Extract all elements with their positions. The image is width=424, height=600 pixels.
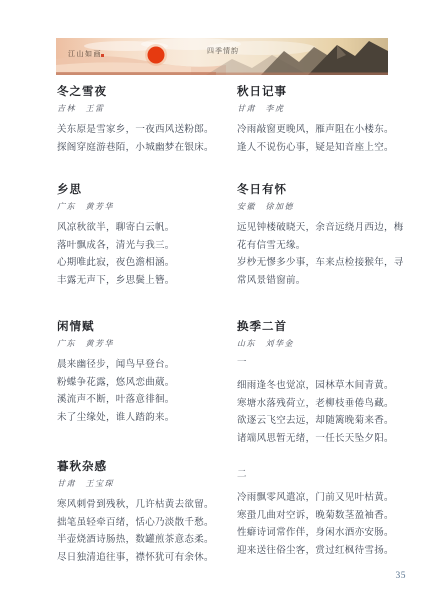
poem-body: 冷雨敲窗更晚风，雁声阻在小楼东。 逢人不说伤心事，疑是知音座上空。 xyxy=(237,122,399,157)
section-number: 二 xyxy=(237,468,399,482)
poem-idle-mood: 闲情赋 广东 黄芳华 晨来幽径步，闻鸟早登台。 粉蝶争花露，悠风恋曲葳。 溪流声… xyxy=(57,321,219,427)
poem-line: 迎来送往俗尘客，赏过红枫待雪扬。 xyxy=(237,543,399,561)
book-page: 江山如画 四季情韵 冬之雪夜 吉林 王雷 关东原是雪家乡，一夜西风送粉郎。 探阁… xyxy=(0,0,424,600)
poem-line: 风凉秋欲半，聊寄白云帆。 xyxy=(57,220,219,238)
poem-author: 甘肃 王宝琛 xyxy=(57,479,219,489)
poem-line: 寒蛩几曲对空诉，晚菊数茎盈袖香。 xyxy=(237,508,399,526)
poem-winter-thoughts: 冬日有怀 安徽 徐加德 远见钟楼破晓天，余音远绕月西边，梅花有信雪无缘。 岁杪无… xyxy=(237,184,399,290)
poem-author: 广东 黄芳华 xyxy=(57,339,219,349)
poem-line: 诸端风思暂无绪，一任长天坠夕阳。 xyxy=(237,431,399,449)
poem-body: 远见钟楼破晓天，余音远绕月西边，梅花有信雪无缘。 岁杪无憀多少事，车来点检接猴年… xyxy=(237,220,399,290)
poem-title: 暮秋杂感 xyxy=(57,461,219,474)
poem-body: 风凉秋欲半，聊寄白云帆。 落叶飘成各，清光与我三。 心期唯此寂，夜色澹相涵。 丰… xyxy=(57,220,219,290)
banner-calligraphy-left: 江山如画 xyxy=(68,49,102,58)
poem-season-change-part-two: 二 冷雨飘零风遣凉，门前又见叶枯黄。 寒蛩几曲对空诉，晚菊数茎盈袖香。 性癖诗词… xyxy=(237,461,399,560)
poem-line: 丰露无声下，乡思鬓上簪。 xyxy=(57,273,219,291)
poem-line: 冷雨敲窗更晚风，雁声阻在小楼东。 xyxy=(237,122,399,140)
poem-stanza: 远见钟楼破晓天，余音远绕月西边，梅花有信雪无缘。 xyxy=(237,220,407,255)
poem-stanza: 岁杪无憀多少事，车来点检接猴年，寻常风景错窗前。 xyxy=(237,255,407,290)
poem-line: 细雨逢冬也觉凉，园林草木间青黄。 xyxy=(237,378,399,396)
poem-title: 换季二首 xyxy=(237,321,399,334)
poem-title: 冬日有怀 xyxy=(237,184,399,197)
poem-title: 乡思 xyxy=(57,184,219,197)
poem-line: 落叶飘成各，清光与我三。 xyxy=(57,238,219,256)
landscape-painting-graphic: 江山如画 四季情韵 xyxy=(56,38,388,75)
page-number: 35 xyxy=(396,571,407,581)
poem-line: 探阁穿庭游巷陌，小城幽梦在银床。 xyxy=(57,140,219,158)
poem-winter-snow-night: 冬之雪夜 吉林 王雷 关东原是雪家乡，一夜西风送粉郎。 探阁穿庭游巷陌，小城幽梦… xyxy=(57,86,219,157)
poem-autumn-notes: 秋日记事 甘肃 李虎 冷雨敲窗更晚风，雁声阻在小楼东。 逢人不说伤心事，疑是知音… xyxy=(237,86,399,157)
poem-body: 细雨逢冬也觉凉，园林草木间青黄。 寒塘水落残荷立，老柳枝垂倦鸟藏。 欲逐云飞空去… xyxy=(237,378,399,448)
poem-line: 拙笔虽轻牵百绪，恬心乃淡散千愁。 xyxy=(57,515,219,533)
poem-body: 冷雨飘零风遣凉，门前又见叶枯黄。 寒蛩几曲对空诉，晚菊数茎盈袖香。 性癖诗词常作… xyxy=(237,490,399,560)
poem-line: 半壶烧酒诗肠热，数罐煎茶意态柔。 xyxy=(57,532,219,550)
bottom-red-strip xyxy=(56,73,388,76)
poem-line: 未了尘缘处，谁人踏韵来。 xyxy=(57,410,219,428)
poem-title: 闲情赋 xyxy=(57,321,219,334)
poem-author: 山东 刘华金 xyxy=(237,339,399,349)
section-number: 一 xyxy=(237,356,399,370)
poem-late-autumn-musings: 暮秋杂感 甘肃 王宝琛 寒风刺骨到残秋，几许枯黄去欲留。 拙笔虽轻牵百绪，恬心乃… xyxy=(57,461,219,567)
banner-calligraphy-center: 四季情韵 xyxy=(207,46,239,55)
poem-line: 寒塘水落残荷立，老柳枝垂倦鸟藏。 xyxy=(237,396,399,414)
poem-homesickness: 乡思 广东 黄芳华 风凉秋欲半，聊寄白云帆。 落叶飘成各，清光与我三。 心期唯此… xyxy=(57,184,219,290)
header-painting-banner: 江山如画 四季情韵 xyxy=(56,38,388,75)
poem-line: 性癖诗词常作伴，身闲水酒亦安肠。 xyxy=(237,525,399,543)
poem-line: 欲逐云飞空去远，却随篱晚菊来香。 xyxy=(237,413,399,431)
poem-line: 尽日独清追往事，襟怀犹可有余休。 xyxy=(57,550,219,568)
poem-line: 关东原是雪家乡，一夜西风送粉郎。 xyxy=(57,122,219,140)
poem-author: 安徽 徐加德 xyxy=(237,202,399,212)
poem-body: 关东原是雪家乡，一夜西风送粉郎。 探阁穿庭游巷陌，小城幽梦在银床。 xyxy=(57,122,219,157)
poem-author: 甘肃 李虎 xyxy=(237,104,399,114)
red-sun-graphic xyxy=(148,47,165,64)
poem-title: 冬之雪夜 xyxy=(57,86,219,99)
poem-line: 心期唯此寂，夜色澹相涵。 xyxy=(57,255,219,273)
poem-line: 冷雨飘零风遣凉，门前又见叶枯黄。 xyxy=(237,490,399,508)
poem-body: 寒风刺骨到残秋，几许枯黄去欲留。 拙笔虽轻牵百绪，恬心乃淡散千愁。 半壶烧酒诗肠… xyxy=(57,497,219,567)
poem-author: 吉林 王雷 xyxy=(57,104,219,114)
poem-line: 粉蝶争花露，悠风恋曲葳。 xyxy=(57,375,219,393)
poem-line: 溪流声不断，叶落意徘徊。 xyxy=(57,392,219,410)
poem-line: 逢人不说伤心事，疑是知音座上空。 xyxy=(237,140,399,158)
poem-season-change-part-one: 换季二首 山东 刘华金 一 细雨逢冬也觉凉，园林草木间青黄。 寒塘水落残荷立，老… xyxy=(237,321,399,448)
red-seal-icon xyxy=(101,54,104,57)
poem-line: 寒风刺骨到残秋，几许枯黄去欲留。 xyxy=(57,497,219,515)
poem-line: 晨来幽径步，闻鸟早登台。 xyxy=(57,357,219,375)
poem-title: 秋日记事 xyxy=(237,86,399,99)
poem-author: 广东 黄芳华 xyxy=(57,202,219,212)
poem-body: 晨来幽径步，闻鸟早登台。 粉蝶争花露，悠风恋曲葳。 溪流声不断，叶落意徘徊。 未… xyxy=(57,357,219,427)
